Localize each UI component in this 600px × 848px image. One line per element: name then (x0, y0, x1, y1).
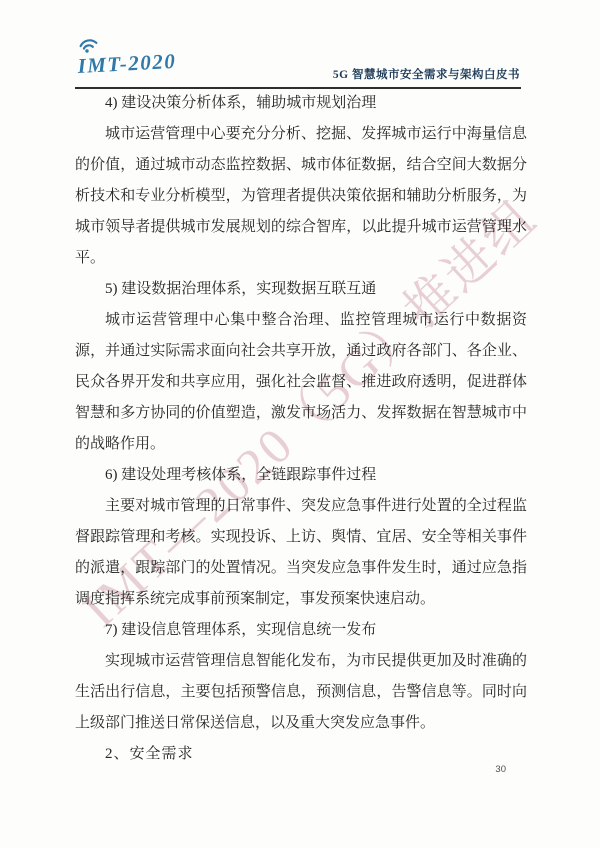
paragraph-information-management: 实现城市运营管理信息智能化发布，为市民提供更加及时准确的生活出行信息，主要包括预… (75, 646, 527, 739)
paragraph-assessment-system: 主要对城市管理的日常事件、突发应急事件进行处置的全过程监督跟踪管理和考核。实现投… (75, 491, 527, 615)
paragraph-decision-analysis: 城市运营管理中心要充分分析、挖掘、发挥城市运行中海量信息的价值，通过城市动态监控… (75, 119, 527, 274)
imt-2020-logo: IMT-2020 (74, 33, 204, 81)
imt-2020-logo-graphic: IMT-2020 (74, 33, 204, 81)
heading-decision-analysis: 4) 建设决策分析体系，辅助城市规划治理 (75, 88, 527, 119)
header-title: 5G 智慧城市安全需求与架构白皮书 (333, 66, 520, 82)
logo-text: IMT-2020 (76, 49, 177, 78)
heading-information-management: 7) 建设信息管理体系，实现信息统一发布 (75, 615, 527, 646)
document-body: 4) 建设决策分析体系，辅助城市规划治理 城市运营管理中心要充分分析、挖掘、发挥… (75, 88, 527, 770)
heading-data-governance: 5) 建设数据治理体系，实现数据互联互通 (75, 274, 527, 305)
wifi-arcs-icon (80, 39, 96, 48)
paragraph-data-governance: 城市运营管理中心集中整合治理、监控管理城市运行中数据资源，并通过实际需求面向社会… (75, 305, 527, 460)
heading-assessment-system: 6) 建设处理考核体系，全链跟踪事件过程 (75, 460, 527, 491)
page-number: 30 (495, 764, 506, 775)
section-heading-security-requirements: 2、安全需求 (75, 739, 527, 770)
document-page: IMT—2020（5G）推进组 IMT-2020 5G 智慧城市安全需求与架构白… (0, 0, 600, 848)
wifi-dot (85, 49, 88, 52)
